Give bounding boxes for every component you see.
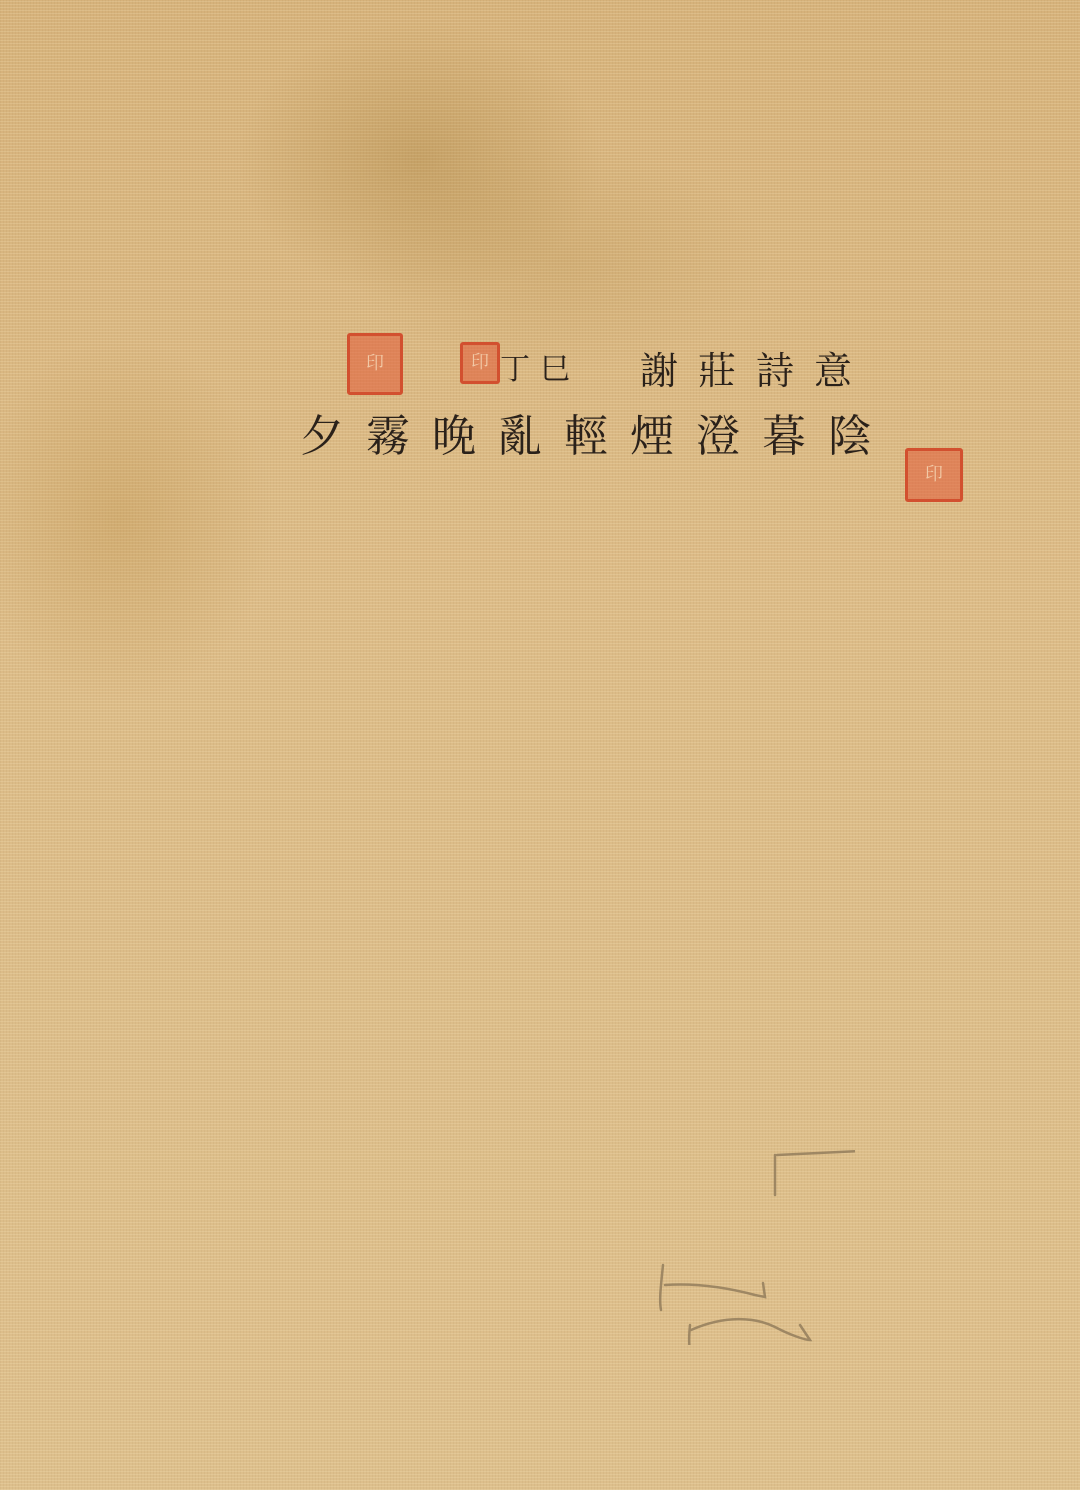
faint-sketch-strokes: [655, 1135, 855, 1345]
seal-stamp-icon: 印: [347, 333, 403, 395]
signature: 丁巳: [500, 344, 580, 388]
seal-stamp-icon: 印: [460, 342, 500, 384]
inscription-main-line: 夕霧晚亂輕煙澄暮陰: [300, 400, 894, 464]
silk-painting: 夕霧晚亂輕煙澄暮陰 謝莊詩意 丁巳 印 印 印: [0, 0, 1080, 1490]
inscription-second-line: 謝莊詩意: [640, 340, 872, 395]
seal-stamp-icon: 印: [905, 448, 963, 502]
